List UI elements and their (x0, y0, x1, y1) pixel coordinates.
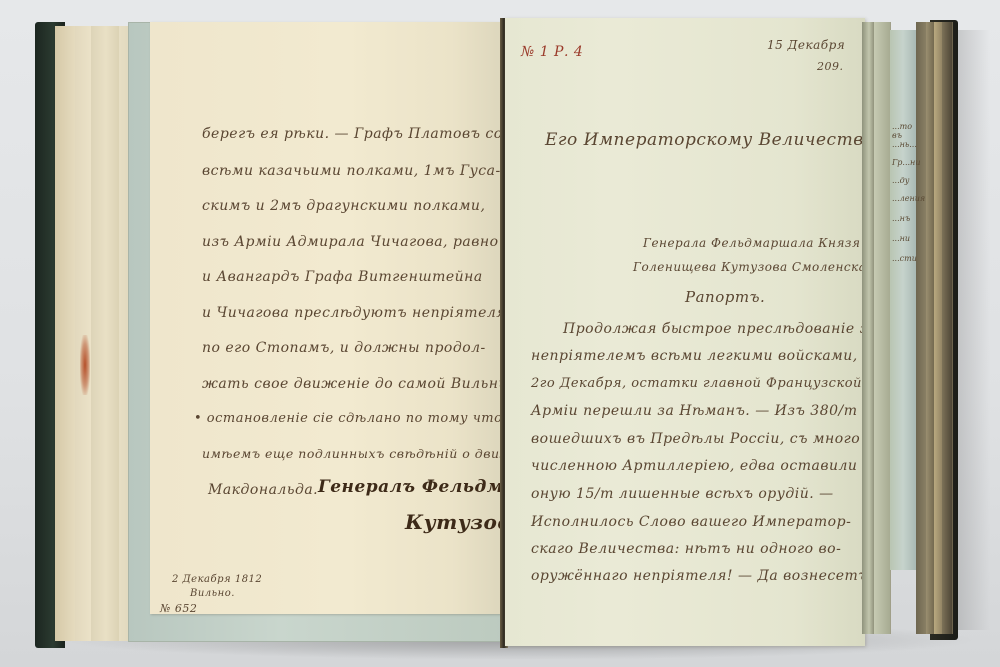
footer-number: № 652 (160, 602, 197, 615)
header-number: № 1 Р. 4 (521, 44, 583, 60)
right-line-6: численною Артиллеріею, едва оставили (531, 458, 857, 474)
footer-place: Вильно. (190, 588, 235, 599)
left-line-10: имѣемъ еще подлинныхъ свѣдѣній о движені… (202, 446, 544, 461)
left-line-7: по его Стопамъ, и должны продол- (202, 340, 486, 356)
tab-fragment-2: ...нь... (892, 140, 917, 149)
left-line-9: • остановленіе сіе сдѣлано по тому что н… (194, 411, 524, 426)
tab-fragment-1: ...то въ (892, 122, 916, 140)
left-line-5: и Авангардъ Графа Витгенштейна (202, 269, 483, 285)
attached-note-strip: ...то въ ...нь... Гр...ни ...ду ...ления… (890, 30, 916, 570)
tab-fragment-8: ...сти (892, 254, 917, 263)
document-title: Его Императорскому Величеству (545, 130, 874, 150)
right-line-2: непріятелемъ всѣми легкими войсками, (531, 348, 858, 364)
right-line-8: Исполнилось Слово вашего Император- (531, 514, 851, 530)
rust-stain (80, 335, 90, 395)
tab-fragment-7: ...ни (892, 234, 910, 243)
right-line-3: 2го Декабря, остатки главной Французской (531, 376, 862, 391)
left-line-6: и Чичагова преслѣдуютъ непріятеля (202, 305, 506, 321)
footer-date: 2 Декабря 1812 (172, 574, 262, 585)
right-line-9: скаго Величества: нѣтъ ни одного во- (531, 541, 841, 557)
tab-fragment-5: ...ления (892, 194, 925, 203)
header-date: 15 Декабря (767, 38, 845, 52)
tab-fragment-4: ...ду (892, 176, 909, 185)
sender-line-1: Генерала Фельдмаршала Князя (643, 236, 860, 250)
left-line-4: изъ Арміи Адмирала Чичагова, равно (202, 234, 499, 250)
sender-line-2: Голенищева Кутузова Смоленскаго (633, 260, 881, 274)
right-line-4: Арміи перешли за Нѣманъ. — Изъ 380/т (531, 403, 858, 419)
left-line-3: скимъ и 2мъ драгунскими полками, (202, 198, 485, 214)
left-line-8: жать свое движеніе до самой Вильны. (202, 376, 515, 392)
tab-fragment-3: Гр...ни (892, 158, 920, 167)
right-line-5: вошедшихъ въ Предѣлы Россіи, съ много (531, 431, 860, 447)
right-line-10: оружённаго непріятеля! — Да вознесетъ (531, 568, 868, 584)
left-line-2: всѣми казачьими полками, 1мъ Гуса- (202, 163, 501, 179)
right-manuscript-page: № 1 Р. 4 15 Декабря 209. Его Императорск… (505, 18, 865, 646)
left-manuscript-page: берегъ ея рѣки. — Графъ Платовъ со всѣми… (150, 22, 505, 614)
report-heading: Рапортъ. (685, 288, 765, 306)
tab-fragment-6: ...нъ (892, 214, 910, 223)
left-line-1: берегъ ея рѣки. — Графъ Платовъ со (202, 126, 503, 142)
header-folio: 209. (817, 60, 844, 73)
right-line-7: оную 15/т лишенные всѣхъ орудій. — (531, 486, 834, 502)
left-line-11: Макдональда. (208, 482, 318, 498)
right-line-1: Продолжая быстрое преслѣдованіе за (563, 321, 877, 337)
